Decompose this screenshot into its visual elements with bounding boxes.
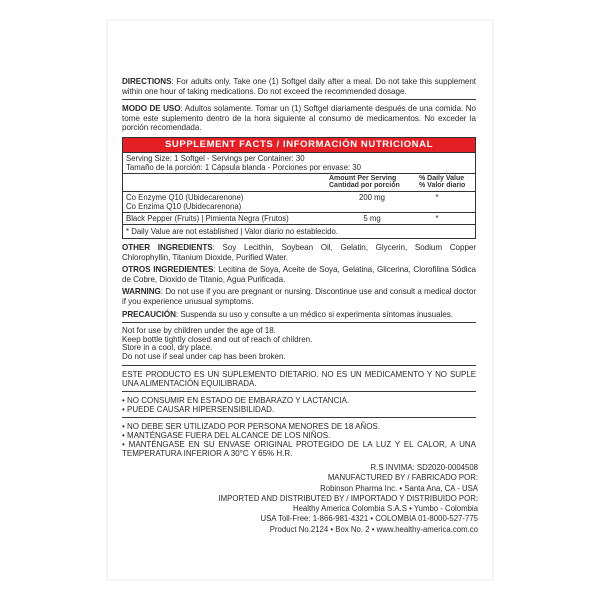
divider — [122, 322, 476, 323]
directions-label: DIRECTIONS — [122, 77, 171, 86]
precaucion-text: : Suspenda su uso y consulte a un médico… — [176, 310, 453, 319]
warning-label: WARNING — [122, 287, 161, 296]
warning-paragraph: WARNING: Do not use if you are pregnant … — [122, 287, 476, 306]
modo-de-uso-paragraph: MODO DE USO: Adultos solamente. Tomar un… — [122, 104, 476, 133]
manufacturer-name: Robinson Pharma Inc. • Santa Ana, CA - U… — [178, 484, 478, 494]
modo-de-uso-label: MODO DE USO — [122, 104, 181, 113]
ingredient-name-en: Co Enzyme Q10 (Ubidecarenone) — [126, 193, 342, 202]
manufacturer-footer: R.S INVIMA: SD2020-0004508 MANUFACTURED … — [178, 463, 478, 535]
warning-bullet: • MANTÉNGASE FUERA DEL ALCANCE DE LOS NI… — [122, 431, 476, 440]
manufactured-by-label: MANUFACTURED BY / FABRICADO POR: — [178, 473, 478, 483]
ingredient-daily-value: * — [402, 193, 472, 211]
divider — [122, 391, 476, 392]
directions-text: : For adults only. Take one (1) Softgel … — [122, 77, 476, 96]
dv-header-en: % Daily Value — [419, 175, 471, 183]
dietary-notice: ESTE PRODUCTO ES UN SUPLEMENTO DIETARIO.… — [122, 370, 476, 388]
daily-value-footnote: * Daily Value are not established | Valo… — [123, 225, 475, 238]
divider — [122, 365, 476, 366]
directions-paragraph: DIRECTIONS: For adults only. Take one (1… — [122, 77, 476, 96]
otros-ingredientes-paragraph: OTROS INGREDIENTES: Lecitina de Soya, Ac… — [122, 265, 476, 284]
ingredient-name-es: Co Enzima Q10 (Ubidecarenona) — [126, 202, 342, 211]
serving-info: Serving Size: 1 Softgel - Servings per C… — [123, 152, 475, 174]
product-info: Product No.2124 • Box No. 2 • www.health… — [178, 525, 478, 535]
warning-text: : Do not use if you are pregnant or nurs… — [122, 287, 476, 306]
precaucion-label: PRECAUCIÓN — [122, 310, 176, 319]
storage-instructions: Not for use by children under the age of… — [122, 327, 476, 361]
divider — [122, 417, 476, 418]
ingredient-amount: 5 mg — [342, 214, 402, 223]
precaucion-paragraph: PRECAUCIÓN: Suspenda su uso y consulte a… — [122, 310, 476, 320]
warnings-list-2: • NO DEBE SER UTILIZADO POR PERSONA MENO… — [122, 422, 476, 458]
contact-phones: USA Toll-Free: 1-866-981-4321 • COLOMBIA… — [178, 514, 478, 524]
ingredient-name: Black Pepper (Fruits) | Pimienta Negra (… — [126, 214, 342, 223]
ingredient-row: Co Enzyme Q10 (Ubidecarenone) Co Enzima … — [123, 192, 475, 213]
dv-header-es: % Valor diario — [419, 182, 471, 190]
ingredient-amount: 200 mg — [342, 193, 402, 211]
warning-bullet: • NO CONSUMIR EN ESTADO DE EMBARAZO Y LA… — [122, 396, 476, 405]
other-ingredients-paragraph: OTHER INGREDIENTS: Soy Lecithin, Soybean… — [122, 243, 476, 262]
amount-header-es: Cantidad por porción — [329, 182, 419, 190]
warning-bullet: • NO DEBE SER UTILIZADO POR PERSONA MENO… — [122, 422, 476, 431]
amount-column-header: Amount Per Serving Cantidad por porción — [329, 175, 419, 190]
divider — [122, 99, 476, 100]
supplement-facts-header: SUPPLEMENT FACTS / INFORMACIÓN NUTRICION… — [123, 138, 475, 152]
storage-line: Do not use if seal under cap has been br… — [122, 353, 476, 362]
amount-header-en: Amount Per Serving — [329, 175, 419, 183]
warnings-list-1: • NO CONSUMIR EN ESTADO DE EMBARAZO Y LA… — [122, 396, 476, 414]
other-ingredients-label: OTHER INGREDIENTS — [122, 243, 213, 252]
daily-value-column-header: % Daily Value % Valor diario — [419, 175, 471, 190]
warning-bullet: • PUEDE CAUSAR HIPERSENSIBILIDAD. — [122, 405, 476, 414]
otros-ingredientes-label: OTROS INGREDIENTES — [122, 265, 213, 274]
supplement-facts-table: SUPPLEMENT FACTS / INFORMACIÓN NUTRICION… — [122, 137, 476, 239]
distributor-name: Healthy America Colombia S.A.S • Yumbo -… — [178, 504, 478, 514]
supplement-label-panel: DIRECTIONS: For adults only. Take one (1… — [107, 20, 493, 580]
serving-size-en: Serving Size: 1 Softgel - Servings per C… — [126, 154, 472, 163]
column-headers: Amount Per Serving Cantidad por porción … — [123, 174, 475, 192]
ingredient-name: Co Enzyme Q10 (Ubidecarenone) Co Enzima … — [126, 193, 342, 211]
ingredient-row: Black Pepper (Fruits) | Pimienta Negra (… — [123, 213, 475, 225]
product-label-page: DIRECTIONS: For adults only. Take one (1… — [0, 0, 600, 600]
warning-bullet: • MANTÉNGASE EN SU ENVASE ORIGINAL PROTE… — [122, 440, 476, 458]
registro-invima: R.S INVIMA: SD2020-0004508 — [178, 463, 478, 473]
ingredient-daily-value: * — [402, 214, 472, 223]
imported-by-label: IMPORTED AND DISTRIBUTED BY / IMPORTADO … — [178, 494, 478, 504]
label-content: DIRECTIONS: For adults only. Take one (1… — [122, 77, 476, 458]
serving-size-es: Tamaño de la porción: 1 Cápsula blanda -… — [126, 163, 472, 172]
